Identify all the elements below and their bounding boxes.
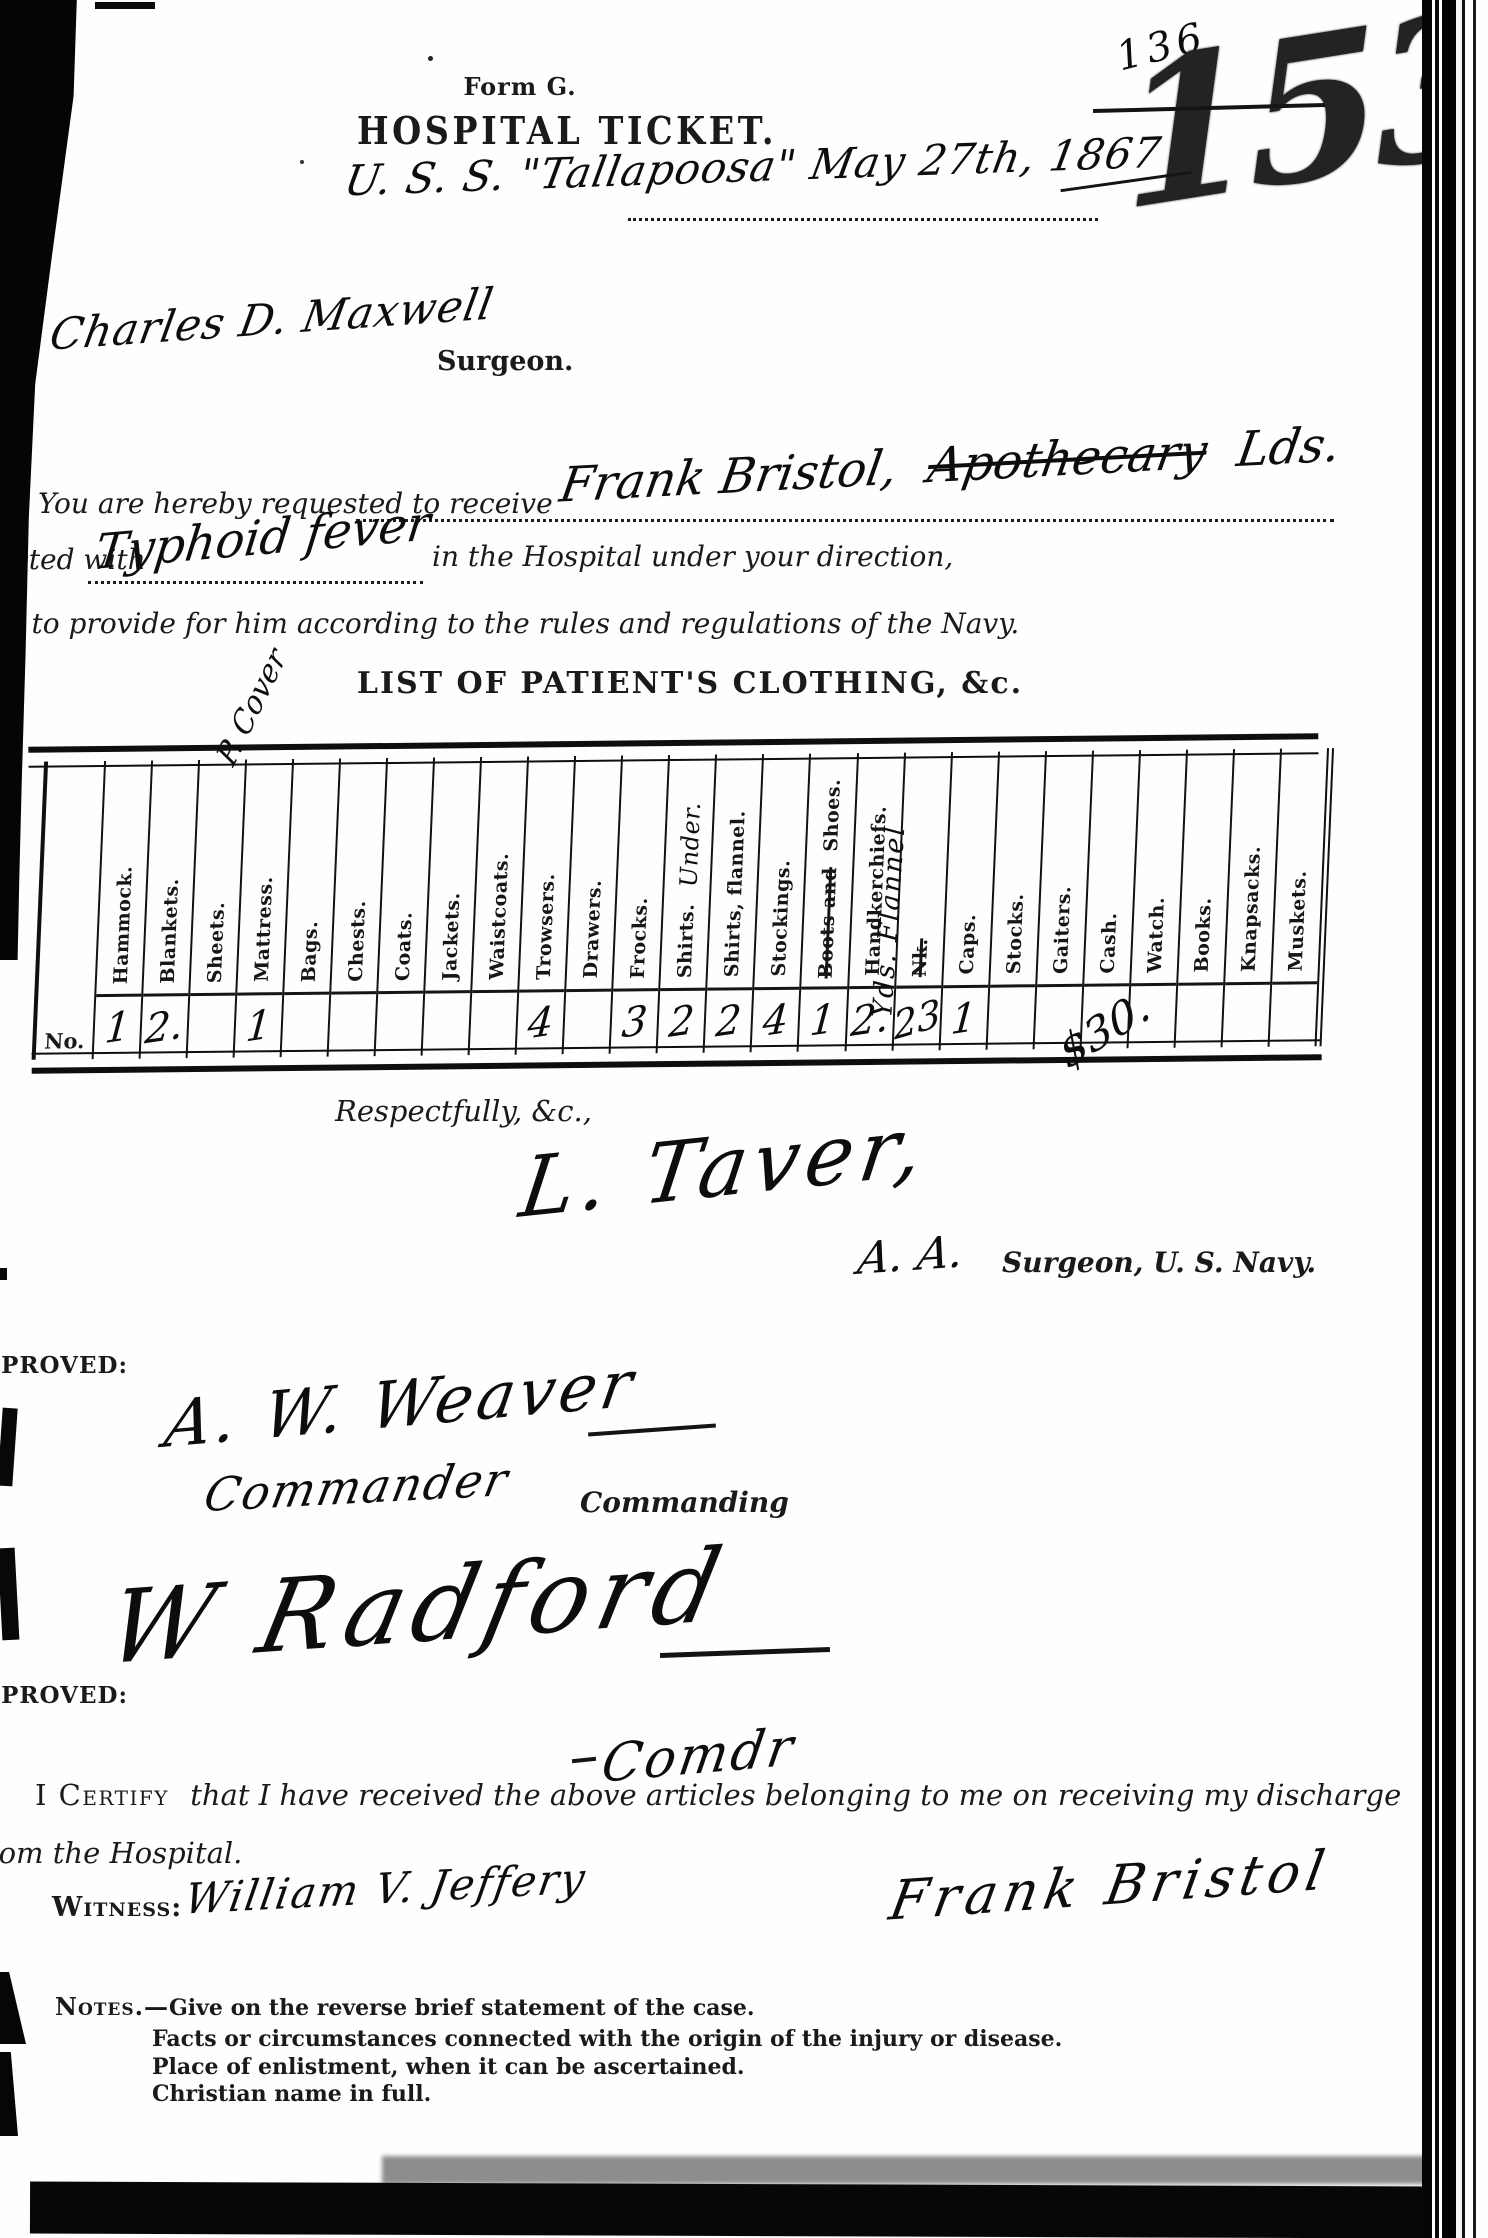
- clothing-column-value: 1: [235, 995, 283, 1058]
- column-value-handwritten: 1: [949, 994, 978, 1045]
- column-label-text: Caps.: [956, 914, 981, 975]
- column-value-handwritten: 2.: [144, 1001, 186, 1053]
- column-label-text: Knapsacks.: [1238, 846, 1265, 972]
- commander-signature-handwritten: A. W. Weaver: [160, 1347, 642, 1463]
- patient-name-handwritten: Frank Bristol, Apothecary Lds.: [556, 416, 1345, 513]
- clothing-column-label: Books.: [1188, 887, 1220, 974]
- clothing-column-value: [1128, 986, 1176, 1049]
- scan-artifact: [0, 1548, 19, 1641]
- clothing-column-label: Trowsers.: [529, 863, 562, 982]
- commander-rank-handwritten: Commander: [200, 1452, 514, 1523]
- clothing-column-value: [423, 993, 471, 1056]
- clothing-column-value: 2: [658, 991, 706, 1054]
- clothing-column-value: [470, 993, 518, 1056]
- patient-rating: Lds.: [1233, 416, 1344, 478]
- column-label-text: Cash.: [1097, 912, 1122, 973]
- fill-line: [88, 581, 423, 584]
- clothing-column-value: 1: [940, 988, 988, 1051]
- clothing-column-value: 1: [799, 989, 847, 1052]
- clothing-column-label: Nk.: [906, 927, 936, 978]
- scan-edge-shadow: [382, 2156, 1430, 2184]
- scan-artifact: [0, 1268, 7, 1280]
- request-line2-suffix: in the Hospital under your direction,: [432, 540, 953, 573]
- column-value-handwritten: 23: [892, 990, 942, 1048]
- clothing-column-label: Frocks.: [623, 887, 655, 981]
- signature-flourish: [660, 1647, 830, 1658]
- clothing-column-value: [188, 996, 236, 1059]
- column-label-text: Jackets.: [438, 892, 464, 980]
- surgeon-rank-printed: Surgeon, U. S. Navy.: [1002, 1246, 1316, 1279]
- column-label-text: Mattress.: [250, 877, 276, 983]
- notes-text-1: Give on the reverse brief statement of t…: [169, 1995, 755, 2021]
- clothing-table: No. Hammock. 1 Blankets. 2.: [28, 733, 1321, 1073]
- clothing-column-label: Sheets.: [200, 891, 232, 985]
- surgeon-rank-handwritten: A. A.: [855, 1226, 968, 1285]
- clothing-column-label: Coats.: [388, 901, 419, 983]
- column-label-text: Gaiters.: [1050, 886, 1076, 974]
- notes-label: Notes.—: [55, 1992, 169, 2021]
- column-label-text: Stockings.: [768, 860, 795, 977]
- clothing-column-label: Shirts, flannel.: [718, 800, 753, 979]
- clothing-column-label: Cash.: [1094, 902, 1125, 975]
- clothing-column-value: 4: [752, 990, 800, 1053]
- clothing-column-value: [1175, 985, 1223, 1048]
- column-label-text: Hammock.: [109, 865, 136, 984]
- column-label-struck: Nk.: [909, 939, 933, 978]
- addressee-name-handwritten: Charles D. Maxwell: [46, 279, 498, 361]
- column-label-text: Muskets.: [1285, 870, 1311, 971]
- clothing-column-value: [329, 994, 377, 1057]
- addressee-title: Surgeon.: [437, 346, 573, 377]
- clothing-column-value: [987, 987, 1035, 1050]
- clothing-column-value: 2.: [141, 996, 189, 1059]
- clothing-column-value: $30.: [1081, 986, 1129, 1049]
- clothing-column-value: [282, 995, 330, 1058]
- clothing-column-label: Stockings.: [765, 850, 798, 979]
- scan-edge-bottom: [30, 2182, 1432, 2238]
- signature-flourish: [588, 1424, 716, 1437]
- clothing-column-label: Caps.: [953, 904, 984, 977]
- commodore-signature-handwritten: W Radford: [98, 1525, 739, 1687]
- column-handwritten-note: Under.: [674, 801, 706, 886]
- witness-name-handwritten: William V. Jeffery: [181, 1853, 590, 1923]
- clothing-column-value: [1269, 984, 1317, 1047]
- clothing-column-value: [376, 994, 424, 1057]
- certification-line-2: from the Hospital.: [0, 1836, 242, 1870]
- scan-artifact: [0, 1972, 26, 2044]
- column-label-struck: Boots and: [815, 867, 842, 979]
- certify-text: that I have received the above articles …: [190, 1778, 1401, 1812]
- column-label-text: Bags.: [297, 920, 322, 982]
- row-label: No.: [44, 1028, 85, 1053]
- column-value-handwritten: 4: [526, 998, 555, 1049]
- clothing-column-value: [564, 992, 612, 1055]
- patient-rating-struck: Apothecary: [924, 423, 1211, 494]
- column-label-text: Blankets.: [156, 878, 182, 984]
- column-value-handwritten: 2: [714, 996, 743, 1047]
- scan-speck: [300, 160, 304, 164]
- clothing-column-label: Watch.: [1141, 887, 1173, 975]
- column-value-handwritten: 1: [808, 995, 837, 1046]
- column-label-text: Coats.: [391, 912, 416, 981]
- clothing-column-label: Knapsacks.: [1235, 836, 1269, 974]
- clothing-column-label: Shirts. Under.: [671, 801, 706, 980]
- clothing-columns: No. Hammock. 1 Blankets. 2.: [32, 748, 1334, 1060]
- notes-line-4: Christian name in full.: [152, 2081, 431, 2107]
- witness-label: Witness:: [52, 1892, 182, 1923]
- column-label-text: Stocks.: [1003, 894, 1028, 975]
- certification-line: I Certify that I have received the above…: [35, 1778, 1401, 1812]
- clothing-column-label: Waistcoats.: [482, 843, 516, 982]
- clothing-column-value: 2: [705, 990, 753, 1053]
- clothing-column-header: Muskets.: [1272, 748, 1327, 985]
- scan-speck: [428, 56, 433, 61]
- column-label-text: Trowsers.: [533, 873, 559, 980]
- column-label-text: Sheets.: [203, 901, 228, 983]
- scan-speck: [95, 2, 155, 9]
- clothing-column-label: Jackets.: [435, 882, 467, 983]
- clothing-column-label: Stocks.: [1000, 884, 1032, 977]
- column-value-handwritten: 1: [103, 1003, 132, 1054]
- clothing-column-label: Mattress.: [247, 867, 280, 985]
- scan-artifact: [0, 2052, 18, 2136]
- clothing-column-label: Hammock.: [106, 855, 139, 986]
- column-label-text: Drawers.: [580, 880, 606, 979]
- clothing-column-value: 4: [517, 992, 565, 1055]
- clothing-column-label: Chests.: [341, 890, 373, 984]
- patient-signature-handwritten: Frank Bristol: [885, 1838, 1335, 1933]
- scan-edge-right: [1418, 0, 1488, 2238]
- column-label-text: Shirts, flannel.: [721, 810, 750, 977]
- column-label-text: Watch.: [1144, 897, 1169, 973]
- clothing-column-value: 1: [94, 997, 142, 1060]
- clothing-column-label: Blankets.: [153, 868, 186, 986]
- clothing-column-label: Drawers.: [576, 870, 609, 981]
- column-label-text: Frocks.: [627, 897, 652, 979]
- certify-lead: I Certify: [35, 1778, 169, 1812]
- clothing-column-value: 23: [893, 988, 941, 1051]
- clothing-list-heading: LIST OF PATIENT'S CLOTHING, &c.: [340, 666, 1040, 701]
- approved-label-1: APPROVED:: [0, 1352, 128, 1379]
- column-label-text: Books.: [1191, 897, 1216, 972]
- column-label-text: Shirts.: [674, 903, 699, 978]
- notes-line-2: Facts or circumstances connected with th…: [152, 2026, 1062, 2052]
- clothing-column-label: Boots and Shoes.: [812, 769, 849, 979]
- respectfully-line: Respectfully, &c.,: [335, 1094, 592, 1128]
- notes-line-1: Notes.—Give on the reverse brief stateme…: [55, 1992, 755, 2021]
- column-label-text: Chests.: [344, 900, 369, 982]
- pen-dash: [572, 1757, 596, 1763]
- clothing-column-label: Gaiters.: [1047, 876, 1079, 976]
- clothing-column-label: Muskets.: [1282, 860, 1315, 973]
- hospital-ticket-scan: Form G. HOSPITAL TICKET. U. S. S. "Talla…: [0, 0, 1488, 2238]
- scan-artifact: [0, 1408, 18, 1487]
- column-label-text: Waistcoats.: [485, 853, 512, 980]
- clothing-column-value: [1222, 985, 1270, 1048]
- clothing-column-value: 3: [611, 991, 659, 1054]
- fill-line: [356, 519, 1334, 522]
- patient-name: Frank Bristol,: [556, 440, 902, 514]
- column-value-handwritten: 2: [667, 997, 696, 1048]
- column-value-handwritten: 3: [620, 997, 649, 1048]
- fill-line: [628, 218, 1098, 221]
- request-line3: and to provide for him according to the …: [0, 607, 1019, 640]
- form-label: Form G.: [360, 72, 680, 101]
- notes-line-3: Place of enlistment, when it can be asce…: [152, 2054, 745, 2080]
- column-label-text: Shoes.: [820, 779, 845, 852]
- column-value-handwritten: 4: [761, 996, 790, 1047]
- commanding-printed: Commanding: [580, 1486, 789, 1519]
- column-value-handwritten: 1: [244, 1001, 273, 1052]
- clothing-column-label: Bags.: [294, 910, 325, 984]
